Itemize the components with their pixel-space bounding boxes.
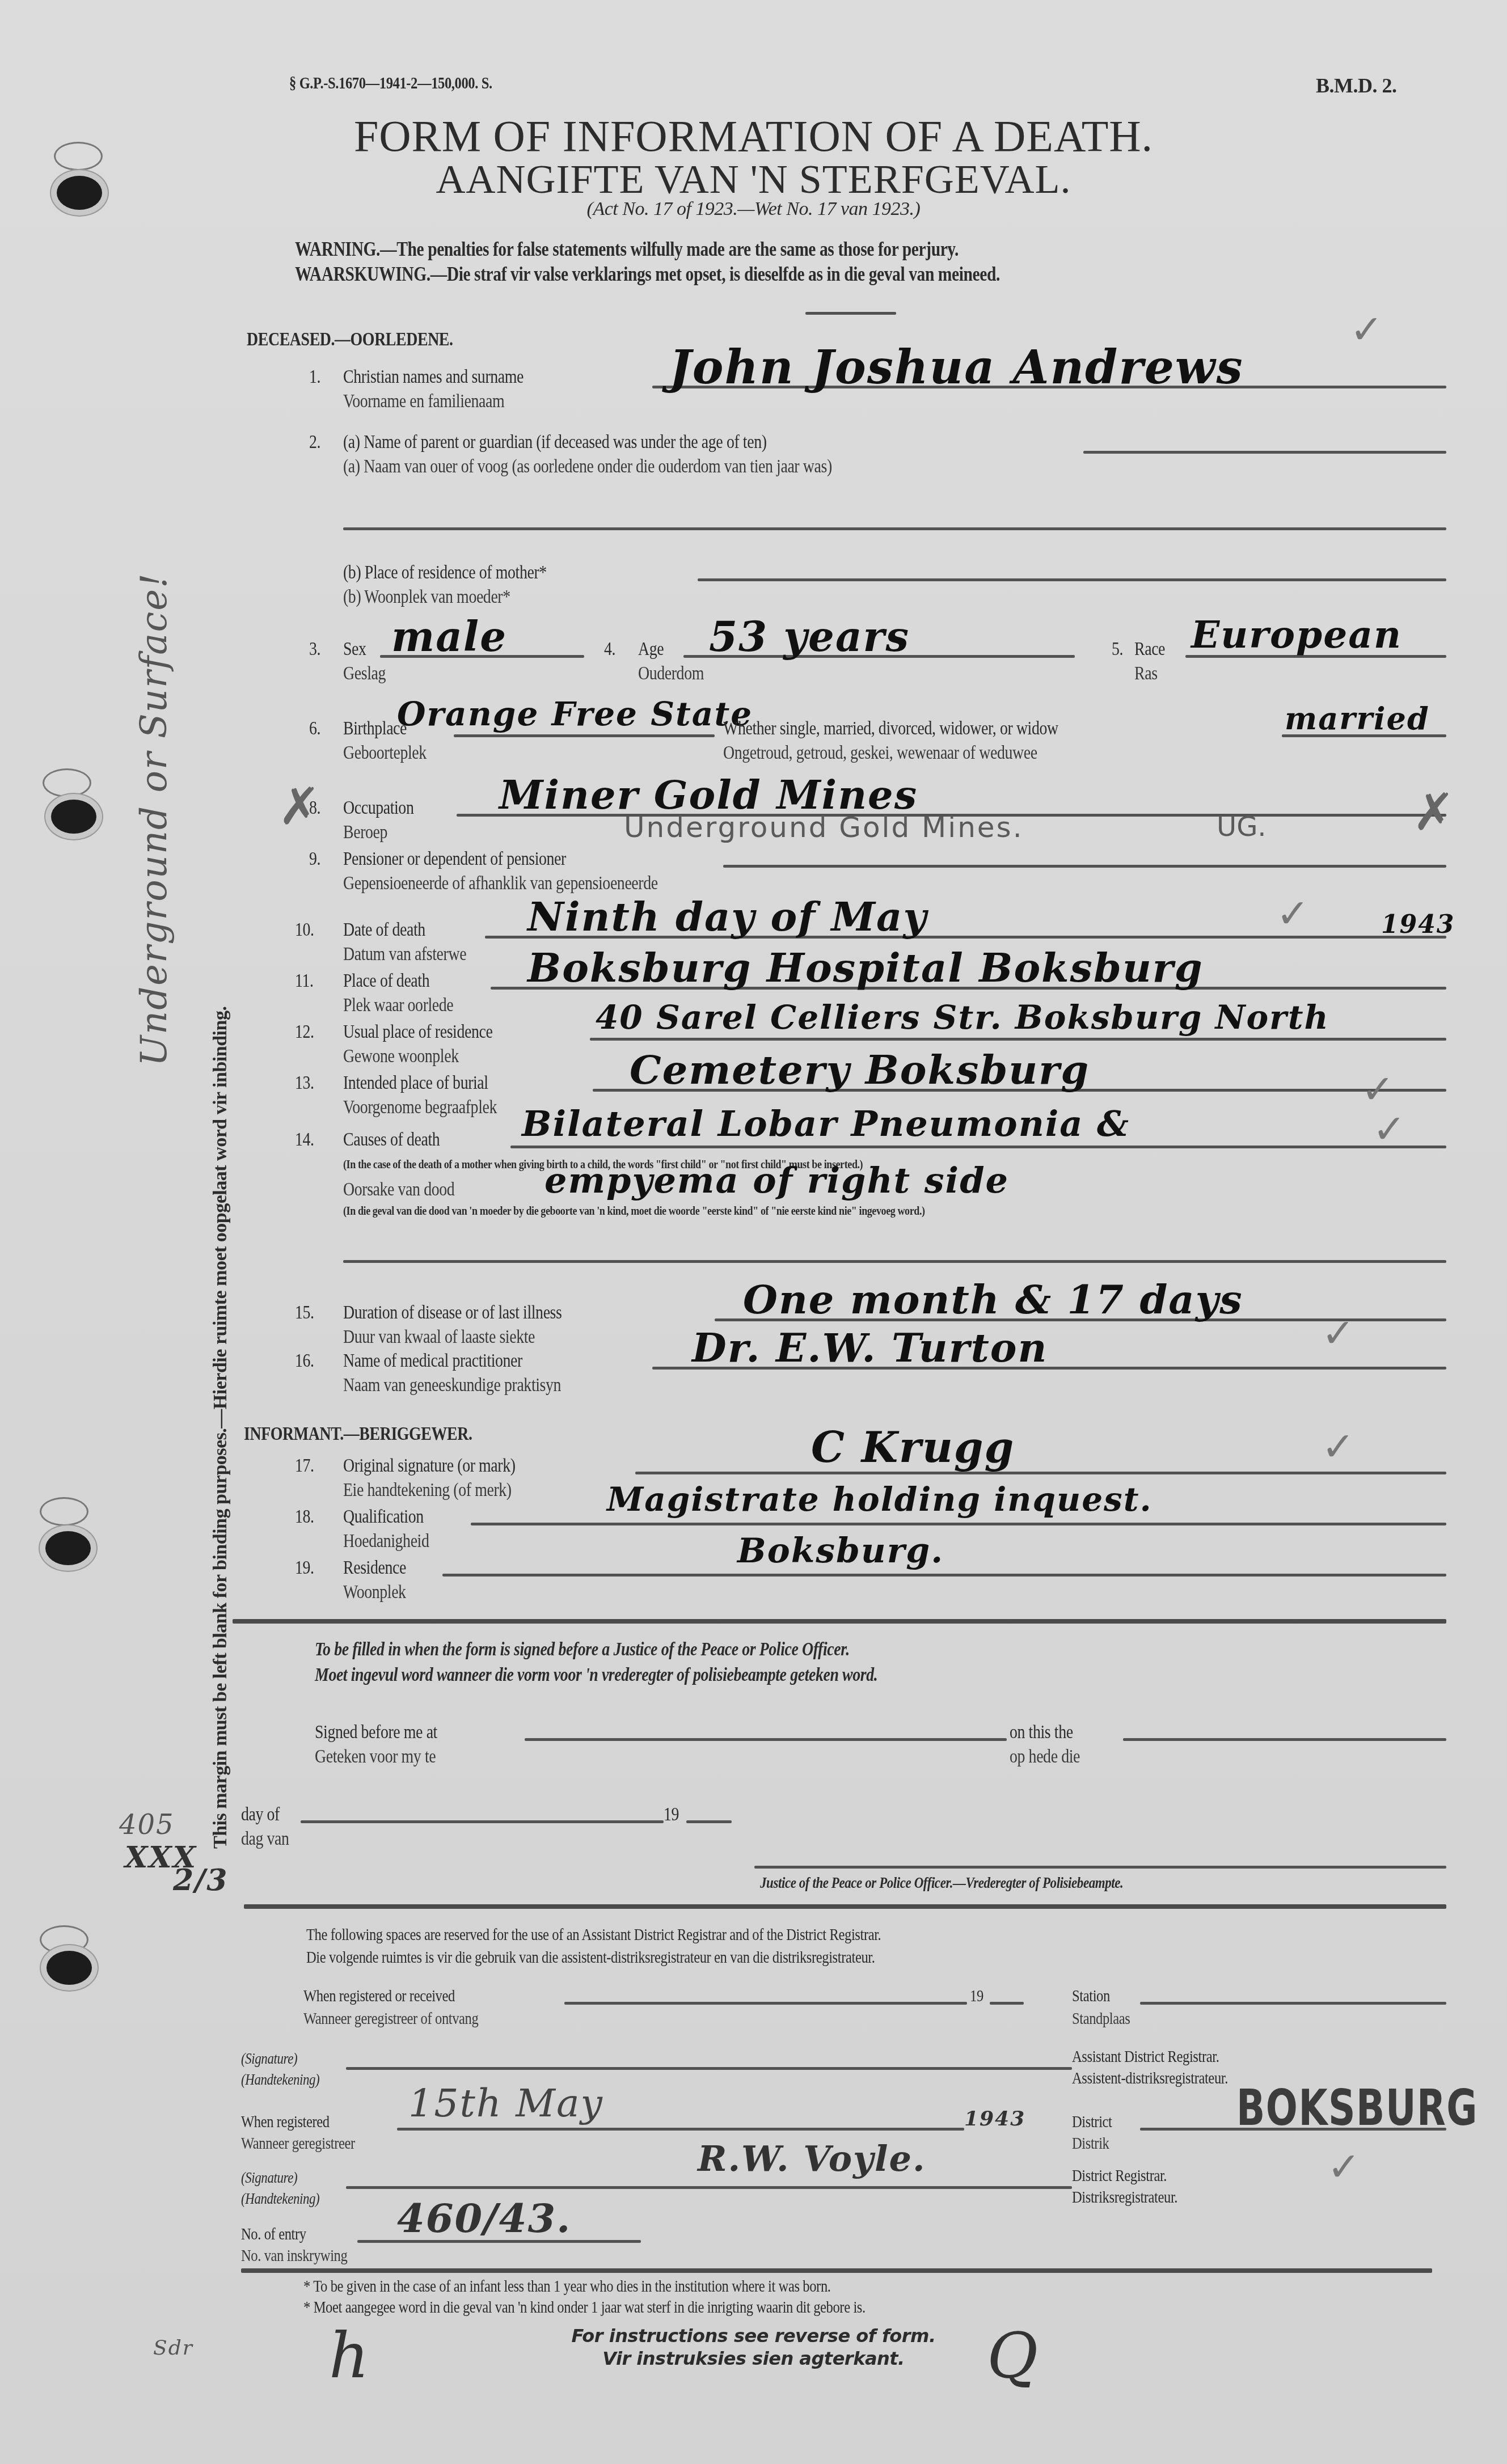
warning-afrikaans: WAARSKUWING.—Die straf vir valse verklar… xyxy=(295,262,1000,286)
label-informant-signature: Original signature (or mark) xyxy=(343,1455,516,1477)
section-divider xyxy=(241,2268,1432,2273)
label-marital: Whether single, married, divorced, widow… xyxy=(723,717,1058,740)
label-day-of: day of xyxy=(241,1803,280,1826)
margin-ref-number: 405 xyxy=(119,1809,175,1841)
footnote-afrikaans: * Moet aangegee word in die geval van 'n… xyxy=(303,2298,866,2317)
value-qualification[interactable]: Magistrate holding inquest. xyxy=(607,1480,1153,1519)
label-when-registered-af: Wanneer geregistreer xyxy=(241,2132,355,2155)
label-place-of-death-af: Plek waar oorlede xyxy=(343,994,453,1017)
label-sex-af: Geslag xyxy=(343,662,386,685)
label-qualification-af: Hoedanigheid xyxy=(343,1530,429,1553)
label-entry-number-af: No. van inskrywing xyxy=(241,2245,347,2267)
input-line xyxy=(397,2128,964,2131)
initial-center: Q xyxy=(987,2319,1039,2392)
label-mother-residence: (b) Place of residence of mother* xyxy=(343,561,547,584)
check-mark-icon: ✓ xyxy=(1322,1310,1355,1356)
input-line-parent-2[interactable] xyxy=(343,527,1446,530)
input-line-mother[interactable] xyxy=(698,578,1446,581)
label-on-this-af: op hede die xyxy=(1010,1745,1080,1768)
label-marital-af: Ongetroud, getroud, geskei, wewenaar of … xyxy=(723,742,1037,764)
field-num: 2. xyxy=(309,431,320,454)
title-english: FORM OF INFORMATION OF A DEATH. xyxy=(0,111,1507,162)
registrar-note-english: The following spaces are reserved for th… xyxy=(306,1925,881,1945)
value-age[interactable]: 53 years xyxy=(709,612,910,661)
label-occupation-af: Beroep xyxy=(343,821,387,844)
label-signature-af: (Handtekening) xyxy=(241,2071,319,2089)
label-asst-registrar: Assistant District Registrar. xyxy=(1072,2047,1219,2066)
field-num: 13. xyxy=(295,1072,314,1094)
label-on-this: on this the xyxy=(1010,1721,1073,1744)
field-num: 9. xyxy=(309,848,320,870)
field-num: 1. xyxy=(309,366,320,388)
field-num: 16. xyxy=(295,1350,314,1372)
label-informant-residence: Residence xyxy=(343,1557,406,1579)
input-line-day-of[interactable] xyxy=(301,1820,664,1823)
field-num: 5. xyxy=(1112,638,1123,661)
initial-left: h xyxy=(329,2319,370,2392)
label-day-of-af: dag van xyxy=(241,1828,289,1850)
margin-handwritten-note: Underground or Surface! xyxy=(133,572,175,1066)
label-parent-af: (a) Naam van ouer of voog (as oorledene … xyxy=(343,455,832,478)
field-num: 6. xyxy=(309,717,320,740)
label-mother-residence-af: (b) Woonplek van moeder* xyxy=(343,586,510,608)
value-marital-status[interactable]: married xyxy=(1285,700,1430,737)
input-line xyxy=(510,1146,1446,1148)
label-signed-at-af: Geteken voor my te xyxy=(315,1745,436,1768)
label-practitioner-af: Naam van geneeskundige praktisyn xyxy=(343,1374,561,1397)
field-num: 19. xyxy=(295,1557,314,1579)
label-residence-af: Gewone woonplek xyxy=(343,1045,459,1068)
punch-hole xyxy=(40,1497,88,1526)
field-num: 15. xyxy=(295,1301,314,1324)
label-causes: Causes of death xyxy=(343,1129,440,1151)
value-medical-practitioner[interactable]: Dr. E.W. Turton xyxy=(692,1324,1048,1371)
check-mark-icon: ✓ xyxy=(1322,1423,1355,1470)
field-num: 8. xyxy=(309,797,320,819)
label-name: Christian names and surname xyxy=(343,366,524,388)
death-form-page: This margin must be left blank for bindi… xyxy=(0,0,1507,2464)
divider xyxy=(805,312,896,315)
value-causes-line2[interactable]: empyema of right side xyxy=(544,1160,1009,1201)
value-causes-line1[interactable]: Bilateral Lobar Pneumonia & xyxy=(522,1103,1130,1144)
value-entry-number[interactable]: 460/43. xyxy=(397,2195,571,2242)
input-line-causes-extra[interactable] xyxy=(343,1260,1446,1263)
label-burial: Intended place of burial xyxy=(343,1072,488,1094)
field-num: 11. xyxy=(295,970,314,992)
label-causes-af: Oorsake van dood xyxy=(343,1178,454,1201)
value-usual-residence[interactable]: 40 Sarel Celliers Str. Boksburg North xyxy=(596,998,1329,1037)
label-district-registrar: District Registrar. xyxy=(1072,2166,1167,2186)
label-qualification: Qualification xyxy=(343,1506,424,1528)
footnote-english: * To be given in the case of an infant l… xyxy=(303,2277,831,2296)
label-asst-registrar-af: Assistent-distriksregistrateur. xyxy=(1072,2069,1228,2088)
title-afrikaans: AANGIFTE VAN 'N STERFGEVAL. xyxy=(0,156,1507,203)
justice-note-afrikaans: Moet ingevul word wanneer die vorm voor … xyxy=(315,1664,877,1686)
justice-note-english: To be filled in when the form is signed … xyxy=(315,1639,850,1660)
input-line xyxy=(442,1574,1446,1577)
punch-hole xyxy=(45,1531,91,1565)
label-occupation: Occupation xyxy=(343,797,413,819)
section-divider xyxy=(244,1904,1446,1909)
value-informant-residence[interactable]: Boksburg. xyxy=(737,1531,944,1571)
form-code: B.M.D. 2. xyxy=(1316,74,1397,98)
field-num: 18. xyxy=(295,1506,314,1528)
section-deceased: DECEASED.—OORLEDENE. xyxy=(247,329,453,350)
label-when-received: When registered or received xyxy=(303,1985,455,2007)
punch-hole xyxy=(40,1925,88,1954)
input-line xyxy=(635,1472,1446,1474)
label-signature: (Signature) xyxy=(241,2050,297,2068)
label-date-of-death: Date of death xyxy=(343,919,425,941)
label-duration-af: Duur van kwaal of laaste siekte xyxy=(343,1326,535,1349)
label-year-prefix: 19 xyxy=(664,1803,679,1826)
label-place-of-death: Place of death xyxy=(343,970,429,992)
field-num: 17. xyxy=(295,1455,314,1477)
value-deceased-name[interactable]: John Joshua Andrews xyxy=(669,340,1244,395)
registrar-note-afrikaans: Die volgende ruimtes is vir die gebruik … xyxy=(306,1948,875,1967)
label-station: Station xyxy=(1072,1985,1110,2007)
label-name-af: Voorname en familienaam xyxy=(343,390,504,413)
label-date-of-death-af: Datum van afsterwe xyxy=(343,943,466,966)
field-num: 4. xyxy=(604,638,615,661)
signature-line-asst[interactable] xyxy=(346,2067,1072,2070)
label-signature-2: (Signature) xyxy=(241,2169,297,2187)
label-duration: Duration of disease or of last illness xyxy=(343,1301,562,1324)
punch-hole xyxy=(47,1951,92,1985)
occupation-annotation: Underground Gold Mines. xyxy=(624,811,1024,844)
label-district-registrar-af: Distriksregistrateur. xyxy=(1072,2188,1177,2207)
causes-note-afrikaans: (In die geval van die dood van 'n moeder… xyxy=(343,1203,925,1218)
instructions-afrikaans: Vir instruksies sien agterkant. xyxy=(0,2348,1507,2369)
value-duration[interactable]: One month & 17 days xyxy=(743,1276,1243,1323)
label-pensioner-af: Gepensioeneerde of afhanklik van gepensi… xyxy=(343,872,658,895)
value-race[interactable]: European xyxy=(1191,612,1402,657)
input-line xyxy=(590,1038,1446,1041)
value-date-of-death[interactable]: Ninth day of May xyxy=(527,893,927,940)
district-stamp: BOKSBURG xyxy=(1236,2078,1478,2137)
punch-hole xyxy=(43,768,91,797)
label-residence: Usual place of residence xyxy=(343,1021,492,1043)
label-signature-2-af: (Handtekening) xyxy=(241,2190,319,2208)
label-district: District xyxy=(1072,2111,1112,2133)
warning-english: WARNING.—The penalties for false stateme… xyxy=(295,237,959,261)
label-district-af: Distrik xyxy=(1072,2132,1109,2155)
label-burial-af: Voorgenome begraafplek xyxy=(343,1096,497,1119)
label-year-prefix: 19 xyxy=(970,1985,983,2007)
input-line-signed-at[interactable] xyxy=(525,1738,1007,1741)
value-registered-year[interactable]: 1943 xyxy=(964,2107,1025,2131)
label-sex: Sex xyxy=(343,638,366,661)
field-num: 3. xyxy=(309,638,320,661)
value-informant-signature[interactable]: C Krugg xyxy=(811,1423,1015,1472)
input-line-station[interactable] xyxy=(1140,2002,1446,2005)
input-line-year[interactable] xyxy=(686,1820,732,1823)
input-line xyxy=(471,1523,1446,1525)
instructions-english: For instructions see reverse of form. xyxy=(0,2325,1507,2347)
label-informant-signature-af: Eie handtekening (of merk) xyxy=(343,1479,512,1502)
label-station-af: Standplaas xyxy=(1072,2007,1130,2030)
label-entry-number: No. of entry xyxy=(241,2223,306,2246)
input-line-year[interactable] xyxy=(990,2002,1024,2005)
input-line-on-this[interactable] xyxy=(1123,1738,1446,1741)
value-sex[interactable]: male xyxy=(391,612,507,661)
label-practitioner: Name of medical practitioner xyxy=(343,1350,522,1372)
punch-hole xyxy=(51,800,96,834)
label-parent: (a) Name of parent or guardian (if decea… xyxy=(343,431,767,454)
margin-ref-fraction: 2/3 xyxy=(173,1863,228,1897)
value-death-year[interactable]: 1943 xyxy=(1381,910,1455,939)
check-mark-icon: ✓ xyxy=(1373,1106,1406,1152)
field-num: 12. xyxy=(295,1021,314,1043)
label-signed-at: Signed before me at xyxy=(315,1721,437,1744)
label-race: Race xyxy=(1134,638,1165,661)
label-age: Age xyxy=(638,638,664,661)
occupation-initials: UG. xyxy=(1217,811,1267,843)
value-burial-place[interactable]: Cemetery Boksburg xyxy=(630,1046,1090,1093)
input-line-when-received[interactable] xyxy=(564,2002,967,2005)
binding-margin-note: This margin must be left blank for bindi… xyxy=(210,1007,231,1849)
input-line-pensioner[interactable] xyxy=(723,865,1446,868)
cross-mark-icon: ✗ xyxy=(1412,783,1455,842)
input-line xyxy=(346,2186,1072,2189)
label-when-registered: When registered xyxy=(241,2111,330,2133)
field-num: 10. xyxy=(295,919,314,941)
signature-line-officer[interactable] xyxy=(754,1866,1446,1869)
input-line xyxy=(454,734,715,737)
value-registrar-signature[interactable]: R.W. Voyle. xyxy=(698,2138,926,2179)
label-when-received-af: Wanneer geregistreer of ontvang xyxy=(303,2007,478,2030)
check-mark-icon: ✓ xyxy=(1276,890,1310,937)
value-place-of-death[interactable]: Boksburg Hospital Boksburg xyxy=(527,944,1204,991)
label-informant-residence-af: Woonplek xyxy=(343,1581,406,1604)
act-reference: (Act No. 17 of 1923.—Wet No. 17 van 1923… xyxy=(0,198,1507,220)
input-line-parent[interactable] xyxy=(1083,451,1446,454)
section-divider xyxy=(233,1619,1446,1624)
value-birthplace[interactable]: Orange Free State xyxy=(397,695,753,733)
label-pensioner: Pensioner or dependent of pensioner xyxy=(343,848,566,870)
field-num: 14. xyxy=(295,1129,314,1151)
label-race-af: Ras xyxy=(1134,662,1158,685)
label-birthplace-af: Geboorteplek xyxy=(343,742,427,764)
check-mark-icon: ✓ xyxy=(1350,306,1383,353)
officer-caption: Justice of the Peace or Police Officer.—… xyxy=(760,1874,1123,1892)
section-informant: INFORMANT.—BERIGGEWER. xyxy=(244,1423,472,1445)
check-mark-icon: ✓ xyxy=(1327,2144,1361,2190)
value-when-registered[interactable]: 15th May xyxy=(408,2081,603,2126)
print-code: § G.P.-S.1670—1941-2—150,000. S. xyxy=(289,74,492,93)
label-age-af: Ouderdom xyxy=(638,662,704,685)
